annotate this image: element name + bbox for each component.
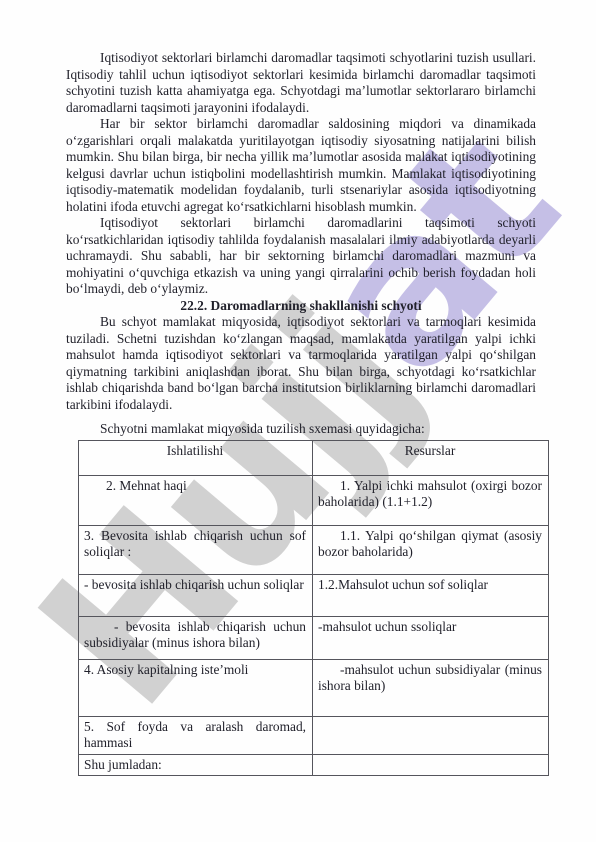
table-row: - bevosita ishlab chiqarish uchun soliql…	[79, 574, 549, 616]
paragraph-2: Har bir sektor birlamchi daromadlar sald…	[66, 116, 536, 215]
paragraph-1: Iqtisodiyot sektorlari birlamchi daromad…	[66, 50, 536, 116]
table-row: 2. Mehnat haqi 1. Yalpi ichki mahsulot (…	[79, 475, 549, 525]
paragraph-4: Bu schyot mamlakat miqyosida, iqtisodiyo…	[66, 314, 536, 413]
document-page: Hujjat Iqtisodiyot sektorlari birlamchi …	[0, 0, 596, 842]
table-header-row: Ishlatilishi Resurslar	[79, 440, 549, 475]
header-cell-ishlatilishi: Ishlatilishi	[79, 440, 313, 475]
cell-right	[313, 716, 549, 754]
section-heading: 22.2. Daromadlarning shakllanishi schyot…	[66, 298, 536, 315]
cell-left: 2. Mehnat haqi	[79, 475, 313, 525]
cell-left: 5. Sof foyda va aralash daromad, hammasi	[79, 716, 313, 754]
income-formation-schema-table: Ishlatilishi Resurslar 2. Mehnat haqi 1.…	[78, 440, 549, 777]
cell-left: 3. Bevosita ishlab chiqarish uchun sof s…	[79, 525, 313, 574]
table-intro-line: Schyotni mamlakat miqyosida tuzilish sxe…	[66, 421, 536, 438]
cell-right: 1.2.Mahsulot uchun sof soliqlar	[313, 574, 549, 616]
header-cell-resurslar: Resurslar	[313, 440, 549, 475]
cell-right	[313, 754, 549, 776]
table-row: Shu jumladan:	[79, 754, 549, 776]
cell-right: 1. Yalpi ichki mahsulot (oxirgi bozor ba…	[313, 475, 549, 525]
cell-right: -mahsulot uchun subsidiyalar (minus isho…	[313, 659, 549, 716]
cell-left: - bevosita ishlab chiqarish uchun subsid…	[79, 616, 313, 659]
paragraph-3: Iqtisodiyot sektorlari birlamchi daromad…	[66, 215, 536, 298]
cell-left: 4. Asosiy kapitalning iste’moli	[79, 659, 313, 716]
cell-right: 1.1. Yalpi qo‘shilgan qiymat (asosiy boz…	[313, 525, 549, 574]
cell-left: Shu jumladan:	[79, 754, 313, 776]
table-row: 3. Bevosita ishlab chiqarish uchun sof s…	[79, 525, 549, 574]
table-row: 5. Sof foyda va aralash daromad, hammasi	[79, 716, 549, 754]
table-row: 4. Asosiy kapitalning iste’moli -mahsulo…	[79, 659, 549, 716]
cell-right: -mahsulot uchun ssoliqlar	[313, 616, 549, 659]
cell-left: - bevosita ishlab chiqarish uchun soliql…	[79, 574, 313, 616]
table-row: - bevosita ishlab chiqarish uchun subsid…	[79, 616, 549, 659]
page-content: Iqtisodiyot sektorlari birlamchi daromad…	[0, 0, 596, 776]
